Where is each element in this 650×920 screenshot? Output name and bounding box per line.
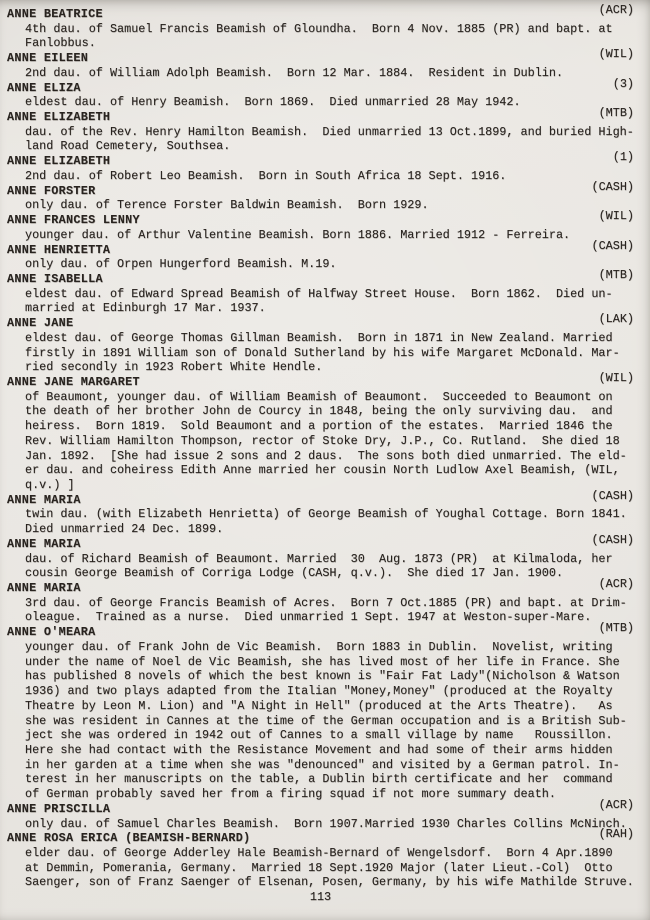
entry-source-code: (WIL)	[599, 209, 634, 224]
entry-name: ANNE ELIZABETH	[7, 154, 110, 169]
entry: ANNE ELIZABETH (1) 2nd dau. of Robert Le…	[7, 154, 634, 183]
entry-source-code: (WIL)	[599, 47, 634, 62]
entry-header: ANNE PRISCILLA (ACR)	[7, 802, 634, 817]
entry-text: elder dau. of George Adderley Hale Beami…	[7, 846, 634, 890]
entry-name: ANNE ROSA ERICA (BEAMISH-BERNARD)	[7, 831, 251, 846]
entry-text: eldest dau. of George Thomas Gillman Bea…	[7, 331, 634, 375]
entry-header: ANNE ELIZA (3)	[7, 81, 634, 96]
entry-source-code: (MTB)	[599, 106, 634, 121]
entry-source-code: (RAH)	[599, 827, 634, 842]
entry-name: ANNE FRANCES LENNY	[7, 213, 140, 228]
entry: ANNE ROSA ERICA (BEAMISH-BERNARD) (RAH) …	[7, 831, 634, 890]
entry-header: ANNE JANE (LAK)	[7, 316, 634, 331]
entry-source-code: (ACR)	[599, 577, 634, 592]
entry-source-code: (CASH)	[592, 489, 634, 504]
entry-source-code: (LAK)	[599, 312, 634, 327]
entry-name: ANNE HENRIETTA	[7, 243, 110, 258]
entry: ANNE ELIZA (3) eldest dau. of Henry Beam…	[7, 81, 634, 110]
entry-text: only dau. of Samuel Charles Beamish. Bor…	[7, 817, 634, 832]
entry-header: ANNE EILEEN (WIL)	[7, 51, 634, 66]
entry-text: twin dau. (with Elizabeth Henrietta) of …	[7, 507, 634, 536]
entry-name: ANNE ELIZABETH	[7, 110, 110, 125]
entry-text: only dau. of Terence Forster Baldwin Bea…	[7, 198, 634, 213]
entry-source-code: (1)	[613, 150, 634, 165]
entry: ANNE MARIA (CASH) dau. of Richard Beamis…	[7, 537, 634, 581]
entry: ANNE ELIZABETH (MTB) dau. of the Rev. He…	[7, 110, 634, 154]
entry: ANNE JANE MARGARET (WIL) of Beaumont, yo…	[7, 375, 634, 493]
entry-name: ANNE O'MEARA	[7, 625, 96, 640]
entry-header: ANNE BEATRICE (ACR)	[7, 7, 634, 22]
entry-header: ANNE O'MEARA (MTB)	[7, 625, 634, 640]
entry-name: ANNE BEATRICE	[7, 7, 103, 22]
entry-text: 4th dau. of Samuel Francis Beamish of Gl…	[7, 22, 634, 51]
entry-name: ANNE EILEEN	[7, 51, 88, 66]
entry: ANNE PRISCILLA (ACR) only dau. of Samuel…	[7, 802, 634, 831]
entry: ANNE JANE (LAK) eldest dau. of George Th…	[7, 316, 634, 375]
entry-text: dau. of Richard Beamish of Beaumont. Mar…	[7, 552, 634, 581]
entry-source-code: (3)	[613, 77, 634, 92]
entry-header: ANNE MARIA (CASH)	[7, 537, 634, 552]
entry: ANNE ISABELLA (MTB) eldest dau. of Edwar…	[7, 272, 634, 316]
entry: ANNE FRANCES LENNY (WIL) younger dau. of…	[7, 213, 634, 242]
entry-text: of Beaumont, younger dau. of William Bea…	[7, 390, 634, 493]
entry-name: ANNE JANE MARGARET	[7, 375, 140, 390]
entry-source-code: (MTB)	[599, 621, 634, 636]
entry-header: ANNE FORSTER (CASH)	[7, 184, 634, 199]
entry: ANNE BEATRICE (ACR) 4th dau. of Samuel F…	[7, 7, 634, 51]
entry-name: ANNE JANE	[7, 316, 73, 331]
entry-header: ANNE MARIA (CASH)	[7, 493, 634, 508]
entry-header: ANNE ELIZABETH (MTB)	[7, 110, 634, 125]
entry-name: ANNE PRISCILLA	[7, 802, 110, 817]
entry: ANNE FORSTER (CASH) only dau. of Terence…	[7, 184, 634, 213]
entry-header: ANNE HENRIETTA (CASH)	[7, 243, 634, 258]
entry-name: ANNE MARIA	[7, 493, 81, 508]
entry-header: ANNE ROSA ERICA (BEAMISH-BERNARD) (RAH)	[7, 831, 634, 846]
entry-name: ANNE MARIA	[7, 537, 81, 552]
page-number: 113	[7, 890, 634, 905]
entry-header: ANNE JANE MARGARET (WIL)	[7, 375, 634, 390]
entry: ANNE O'MEARA (MTB) younger dau. of Frank…	[7, 625, 634, 802]
entry-source-code: (ACR)	[599, 3, 634, 18]
entry-text: dau. of the Rev. Henry Hamilton Beamish.…	[7, 125, 634, 154]
entry-source-code: (CASH)	[592, 533, 634, 548]
entry-header: ANNE MARIA (ACR)	[7, 581, 634, 596]
entry-text: eldest dau. of Henry Beamish. Born 1869.…	[7, 95, 634, 110]
scanned-document-page: ANNE BEATRICE (ACR) 4th dau. of Samuel F…	[0, 0, 650, 920]
entry-header: ANNE ISABELLA (MTB)	[7, 272, 634, 287]
entry-name: ANNE ELIZA	[7, 81, 81, 96]
entry-text: younger dau. of Arthur Valentine Beamish…	[7, 228, 634, 243]
entry: ANNE EILEEN (WIL) 2nd dau. of William Ad…	[7, 51, 634, 80]
entry-source-code: (MTB)	[599, 268, 634, 283]
entry-name: ANNE ISABELLA	[7, 272, 103, 287]
entry-text: only dau. of Orpen Hungerford Beamish. M…	[7, 257, 634, 272]
entry-text: eldest dau. of Edward Spread Beamish of …	[7, 287, 634, 316]
entry: ANNE HENRIETTA (CASH) only dau. of Orpen…	[7, 243, 634, 272]
entry-name: ANNE MARIA	[7, 581, 81, 596]
entry-name: ANNE FORSTER	[7, 184, 96, 199]
entry-text: 2nd dau. of Robert Leo Beamish. Born in …	[7, 169, 634, 184]
entry-source-code: (CASH)	[592, 239, 634, 254]
entry-text: younger dau. of Frank John de Vic Beamis…	[7, 640, 634, 802]
entry-header: ANNE FRANCES LENNY (WIL)	[7, 213, 634, 228]
entry-text: 2nd dau. of William Adolph Beamish. Born…	[7, 66, 634, 81]
entry: ANNE MARIA (ACR) 3rd dau. of George Fran…	[7, 581, 634, 625]
entry-text: 3rd dau. of George Francis Beamish of Ac…	[7, 596, 634, 625]
entry-header: ANNE ELIZABETH (1)	[7, 154, 634, 169]
entry-source-code: (CASH)	[592, 180, 634, 195]
entry-source-code: (WIL)	[599, 371, 634, 386]
entry-source-code: (ACR)	[599, 798, 634, 813]
entry: ANNE MARIA (CASH) twin dau. (with Elizab…	[7, 493, 634, 537]
